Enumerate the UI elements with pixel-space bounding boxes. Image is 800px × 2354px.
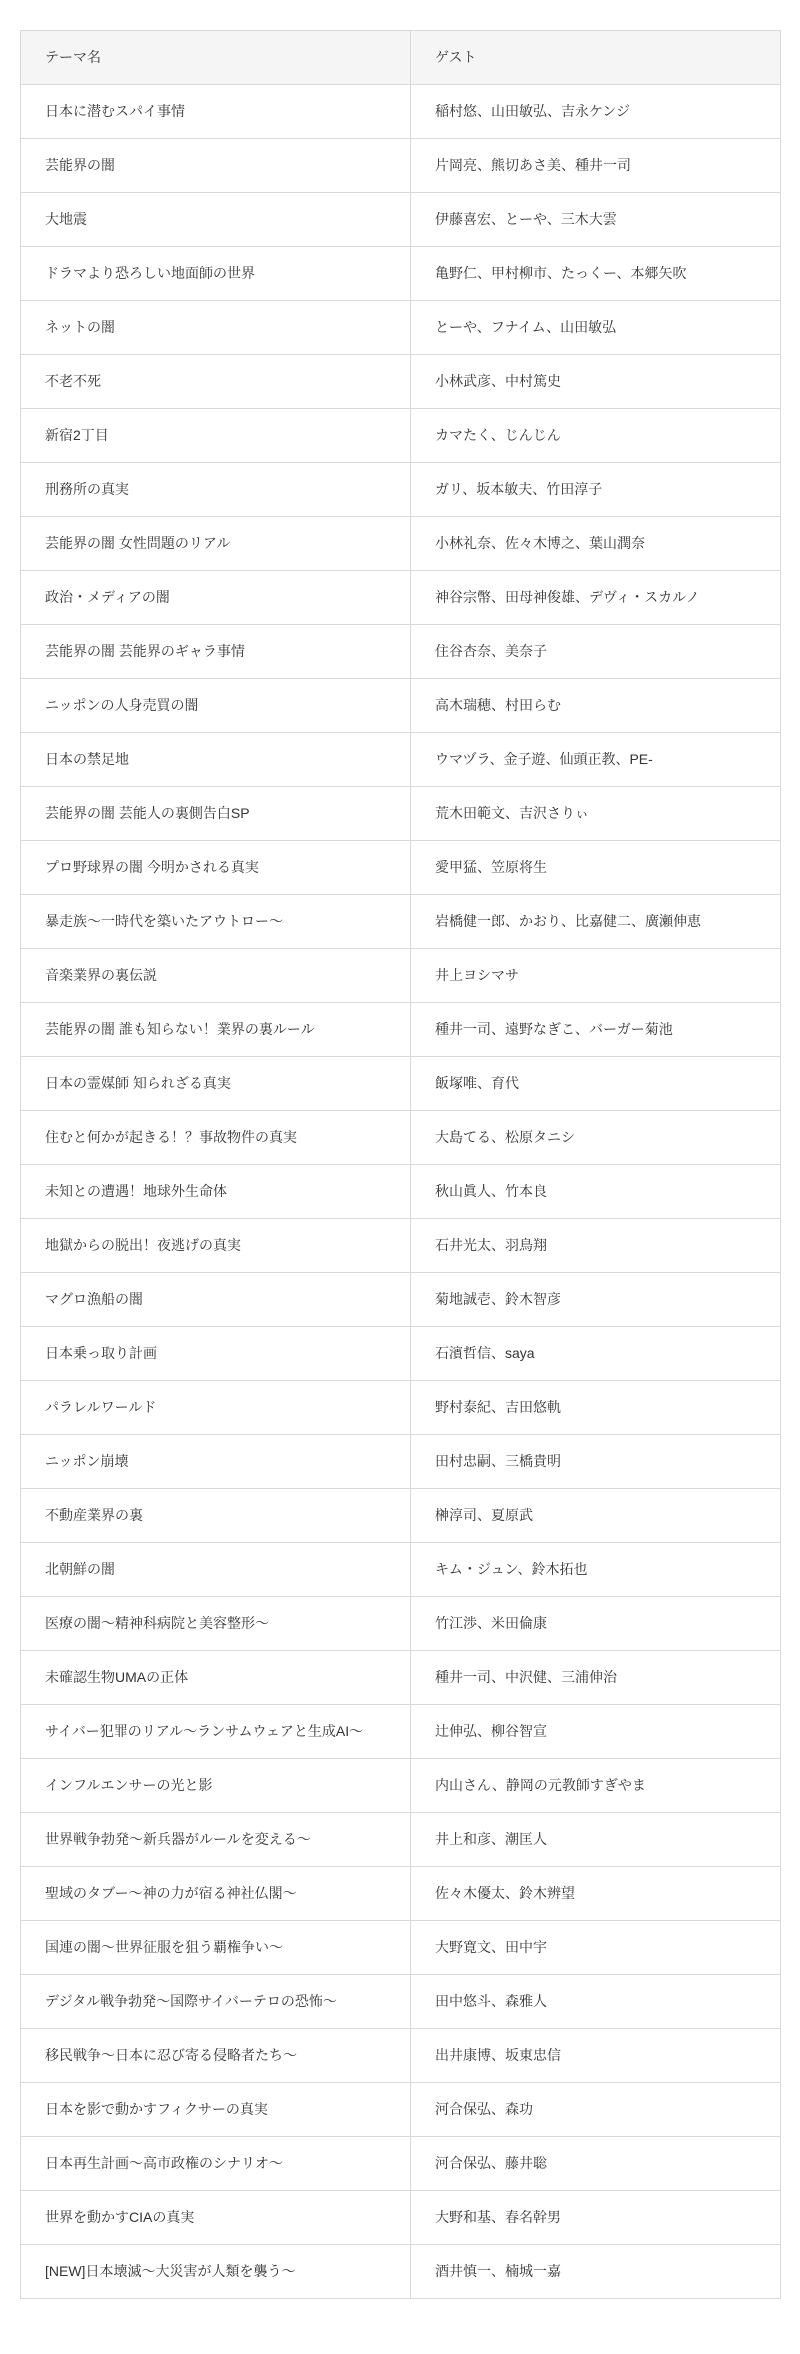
- table-row: 芸能界の闇 女性問題のリアル小林礼奈、佐々木博之、葉山潤奈: [21, 517, 781, 571]
- theme-cell: パラレルワールド: [21, 1381, 411, 1435]
- theme-cell: 芸能界の闇 芸能人の裏側告白SP: [21, 787, 411, 841]
- guests-cell: 大島てる、松原タニシ: [411, 1111, 781, 1165]
- theme-cell: 芸能界の闇 芸能界のギャラ事情: [21, 625, 411, 679]
- guests-cell: 片岡亮、熊切あさ美、種井一司: [411, 139, 781, 193]
- table-row: 不老不死小林武彦、中村篤史: [21, 355, 781, 409]
- theme-cell: 北朝鮮の闇: [21, 1543, 411, 1597]
- guests-cell: 愛甲猛、笠原将生: [411, 841, 781, 895]
- guests-cell: 竹江渉、米田倫康: [411, 1597, 781, 1651]
- table-row: ニッポン崩壊田村忠嗣、三橋貴明: [21, 1435, 781, 1489]
- theme-cell: 国連の闇～世界征服を狙う覇権争い～: [21, 1921, 411, 1975]
- guests-cell: ガリ、坂本敏夫、竹田淳子: [411, 463, 781, 517]
- table-row: 日本乗っ取り計画石濱哲信、saya: [21, 1327, 781, 1381]
- guests-column-header: ゲスト: [411, 31, 781, 85]
- guests-cell: 内山さん、静岡の元教師すぎやま: [411, 1759, 781, 1813]
- theme-cell: 地獄からの脱出！夜逃げの真実: [21, 1219, 411, 1273]
- guests-cell: 住谷杏奈、美奈子: [411, 625, 781, 679]
- theme-cell: 未確認生物UMAの正体: [21, 1651, 411, 1705]
- guests-cell: 小林武彦、中村篤史: [411, 355, 781, 409]
- guests-cell: 酒井慎一、楠城一嘉: [411, 2245, 781, 2299]
- table-row: 日本に潜むスパイ事情稲村悠、山田敏弘、吉永ケンジ: [21, 85, 781, 139]
- guests-cell: 小林礼奈、佐々木博之、葉山潤奈: [411, 517, 781, 571]
- theme-cell: ニッポンの人身売買の闇: [21, 679, 411, 733]
- theme-cell: 聖域のタブー～神の力が宿る神社仏閣～: [21, 1867, 411, 1921]
- guests-cell: 野村泰紀、吉田悠軌: [411, 1381, 781, 1435]
- table-row: 聖域のタブー～神の力が宿る神社仏閣～佐々木優太、鈴木辨望: [21, 1867, 781, 1921]
- theme-cell: マグロ漁船の闇: [21, 1273, 411, 1327]
- table-row: 世界を動かすCIAの真実大野和基、春名幹男: [21, 2191, 781, 2245]
- guests-cell: 神谷宗幣、田母神俊雄、デヴィ・スカルノ: [411, 571, 781, 625]
- table-row: 未確認生物UMAの正体種井一司、中沢健、三浦伸治: [21, 1651, 781, 1705]
- guests-cell: 井上ヨシマサ: [411, 949, 781, 1003]
- table-row: デジタル戦争勃発～国際サイバーテロの恐怖～田中悠斗、森雅人: [21, 1975, 781, 2029]
- guests-cell: 石井光太、羽鳥翔: [411, 1219, 781, 1273]
- table-row: 芸能界の闇 芸能界のギャラ事情住谷杏奈、美奈子: [21, 625, 781, 679]
- theme-cell: 日本の禁足地: [21, 733, 411, 787]
- table-row: 新宿2丁目カマたく、じんじん: [21, 409, 781, 463]
- guests-cell: 出井康博、坂東忠信: [411, 2029, 781, 2083]
- table-row: 地獄からの脱出！夜逃げの真実石井光太、羽鳥翔: [21, 1219, 781, 1273]
- guests-cell: 秋山眞人、竹本良: [411, 1165, 781, 1219]
- theme-cell: 日本に潜むスパイ事情: [21, 85, 411, 139]
- table-row: パラレルワールド野村泰紀、吉田悠軌: [21, 1381, 781, 1435]
- theme-cell: 日本の霊媒師 知られざる真実: [21, 1057, 411, 1111]
- guests-cell: ウマヅラ、金子遊、仙頭正教、PE-: [411, 733, 781, 787]
- table-row: マグロ漁船の闇菊地誠壱、鈴木智彦: [21, 1273, 781, 1327]
- guests-cell: 菊地誠壱、鈴木智彦: [411, 1273, 781, 1327]
- theme-cell: 住むと何かが起きる！？事故物件の真実: [21, 1111, 411, 1165]
- table-row: 政治・メディアの闇神谷宗幣、田母神俊雄、デヴィ・スカルノ: [21, 571, 781, 625]
- guests-cell: 亀野仁、甲村柳市、たっくー、本郷矢吹: [411, 247, 781, 301]
- table-container: テーマ名 ゲスト 日本に潜むスパイ事情稲村悠、山田敏弘、吉永ケンジ芸能界の闇片岡…: [0, 0, 800, 2326]
- guests-cell: 佐々木優太、鈴木辨望: [411, 1867, 781, 1921]
- theme-cell: 未知との遭遇！地球外生命体: [21, 1165, 411, 1219]
- table-row: 北朝鮮の闇キム・ジュン、鈴木拓也: [21, 1543, 781, 1597]
- table-row: ニッポンの人身売買の闇高木瑞穂、村田らむ: [21, 679, 781, 733]
- theme-cell: 新宿2丁目: [21, 409, 411, 463]
- table-row: 国連の闇～世界征服を狙う覇権争い～大野寛文、田中宇: [21, 1921, 781, 1975]
- page: テーマ名 ゲスト 日本に潜むスパイ事情稲村悠、山田敏弘、吉永ケンジ芸能界の闇片岡…: [0, 0, 800, 2354]
- table-row: 芸能界の闇 芸能人の裏側告白SP荒木田範文、吉沢さりぃ: [21, 787, 781, 841]
- table-row: 音楽業界の裏伝説井上ヨシマサ: [21, 949, 781, 1003]
- guests-cell: 田中悠斗、森雅人: [411, 1975, 781, 2029]
- table-row: 日本再生計画～高市政権のシナリオ～河合保弘、藤井聡: [21, 2137, 781, 2191]
- guests-cell: 大野和基、春名幹男: [411, 2191, 781, 2245]
- guests-cell: 荒木田範文、吉沢さりぃ: [411, 787, 781, 841]
- table-header: テーマ名 ゲスト: [21, 31, 781, 85]
- table-row: 大地震伊藤喜宏、とーや、三木大雲: [21, 193, 781, 247]
- table-row: 住むと何かが起きる！？事故物件の真実大島てる、松原タニシ: [21, 1111, 781, 1165]
- theme-cell: 政治・メディアの闇: [21, 571, 411, 625]
- guests-cell: 辻伸弘、柳谷智宣: [411, 1705, 781, 1759]
- theme-cell: 不動産業界の裏: [21, 1489, 411, 1543]
- table-row: サイバー犯罪のリアル～ランサムウェアと生成AI～辻伸弘、柳谷智宣: [21, 1705, 781, 1759]
- guests-cell: 榊淳司、夏原武: [411, 1489, 781, 1543]
- table-row: 刑務所の真実ガリ、坂本敏夫、竹田淳子: [21, 463, 781, 517]
- table-row: 未知との遭遇！地球外生命体秋山眞人、竹本良: [21, 1165, 781, 1219]
- guests-cell: 河合保弘、藤井聡: [411, 2137, 781, 2191]
- guests-cell: 稲村悠、山田敏弘、吉永ケンジ: [411, 85, 781, 139]
- theme-cell: 日本を影で動かすフィクサーの真実: [21, 2083, 411, 2137]
- guests-cell: カマたく、じんじん: [411, 409, 781, 463]
- guests-cell: 高木瑞穂、村田らむ: [411, 679, 781, 733]
- table-row: 日本を影で動かすフィクサーの真実河合保弘、森功: [21, 2083, 781, 2137]
- theme-cell: 音楽業界の裏伝説: [21, 949, 411, 1003]
- table-row: プロ野球界の闇 今明かされる真実愛甲猛、笠原将生: [21, 841, 781, 895]
- theme-cell: 日本再生計画～高市政権のシナリオ～: [21, 2137, 411, 2191]
- theme-cell: 医療の闇～精神科病院と美容整形～: [21, 1597, 411, 1651]
- guests-cell: 岩橋健一郎、かおり、比嘉健二、廣瀬伸恵: [411, 895, 781, 949]
- table-row: 医療の闇～精神科病院と美容整形～竹江渉、米田倫康: [21, 1597, 781, 1651]
- table-body: 日本に潜むスパイ事情稲村悠、山田敏弘、吉永ケンジ芸能界の闇片岡亮、熊切あさ美、種…: [21, 85, 781, 2299]
- guests-cell: 石濱哲信、saya: [411, 1327, 781, 1381]
- guests-cell: 種井一司、中沢健、三浦伸治: [411, 1651, 781, 1705]
- theme-cell: デジタル戦争勃発～国際サイバーテロの恐怖～: [21, 1975, 411, 2029]
- table-row: 暴走族～一時代を築いたアウトロー～岩橋健一郎、かおり、比嘉健二、廣瀬伸恵: [21, 895, 781, 949]
- theme-cell: サイバー犯罪のリアル～ランサムウェアと生成AI～: [21, 1705, 411, 1759]
- theme-guest-table: テーマ名 ゲスト 日本に潜むスパイ事情稲村悠、山田敏弘、吉永ケンジ芸能界の闇片岡…: [20, 30, 781, 2299]
- guests-cell: 田村忠嗣、三橋貴明: [411, 1435, 781, 1489]
- table-row: 芸能界の闇 誰も知らない！業界の裏ルール種井一司、遠野なぎこ、バーガー菊池: [21, 1003, 781, 1057]
- theme-cell: [NEW]日本壊滅～大災害が人類を襲う～: [21, 2245, 411, 2299]
- theme-cell: ネットの闇: [21, 301, 411, 355]
- theme-cell: 不老不死: [21, 355, 411, 409]
- guests-cell: キム・ジュン、鈴木拓也: [411, 1543, 781, 1597]
- theme-cell: インフルエンサーの光と影: [21, 1759, 411, 1813]
- theme-cell: ニッポン崩壊: [21, 1435, 411, 1489]
- theme-column-header: テーマ名: [21, 31, 411, 85]
- table-row: 日本の霊媒師 知られざる真実飯塚唯、育代: [21, 1057, 781, 1111]
- theme-cell: 世界戦争勃発～新兵器がルールを変える～: [21, 1813, 411, 1867]
- theme-cell: プロ野球界の闇 今明かされる真実: [21, 841, 411, 895]
- theme-cell: 日本乗っ取り計画: [21, 1327, 411, 1381]
- guests-cell: 井上和彦、潮匡人: [411, 1813, 781, 1867]
- table-row: 日本の禁足地ウマヅラ、金子遊、仙頭正教、PE-: [21, 733, 781, 787]
- theme-cell: 芸能界の闇 女性問題のリアル: [21, 517, 411, 571]
- table-row: 芸能界の闇片岡亮、熊切あさ美、種井一司: [21, 139, 781, 193]
- theme-cell: 芸能界の闇: [21, 139, 411, 193]
- table-row: 不動産業界の裏榊淳司、夏原武: [21, 1489, 781, 1543]
- theme-cell: 刑務所の真実: [21, 463, 411, 517]
- guests-cell: 河合保弘、森功: [411, 2083, 781, 2137]
- theme-cell: 移民戦争～日本に忍び寄る侵略者たち～: [21, 2029, 411, 2083]
- theme-cell: 世界を動かすCIAの真実: [21, 2191, 411, 2245]
- guests-cell: 飯塚唯、育代: [411, 1057, 781, 1111]
- table-row: ネットの闇とーや、フナイム、山田敏弘: [21, 301, 781, 355]
- guests-cell: 伊藤喜宏、とーや、三木大雲: [411, 193, 781, 247]
- table-row: インフルエンサーの光と影内山さん、静岡の元教師すぎやま: [21, 1759, 781, 1813]
- guests-cell: 種井一司、遠野なぎこ、バーガー菊池: [411, 1003, 781, 1057]
- guests-cell: とーや、フナイム、山田敏弘: [411, 301, 781, 355]
- table-row: 移民戦争～日本に忍び寄る侵略者たち～出井康博、坂東忠信: [21, 2029, 781, 2083]
- theme-cell: ドラマより恐ろしい地面師の世界: [21, 247, 411, 301]
- theme-cell: 大地震: [21, 193, 411, 247]
- table-row: ドラマより恐ろしい地面師の世界亀野仁、甲村柳市、たっくー、本郷矢吹: [21, 247, 781, 301]
- table-row: 世界戦争勃発～新兵器がルールを変える～井上和彦、潮匡人: [21, 1813, 781, 1867]
- header-row: テーマ名 ゲスト: [21, 31, 781, 85]
- guests-cell: 大野寛文、田中宇: [411, 1921, 781, 1975]
- theme-cell: 暴走族～一時代を築いたアウトロー～: [21, 895, 411, 949]
- table-row: [NEW]日本壊滅～大災害が人類を襲う～酒井慎一、楠城一嘉: [21, 2245, 781, 2299]
- theme-cell: 芸能界の闇 誰も知らない！業界の裏ルール: [21, 1003, 411, 1057]
